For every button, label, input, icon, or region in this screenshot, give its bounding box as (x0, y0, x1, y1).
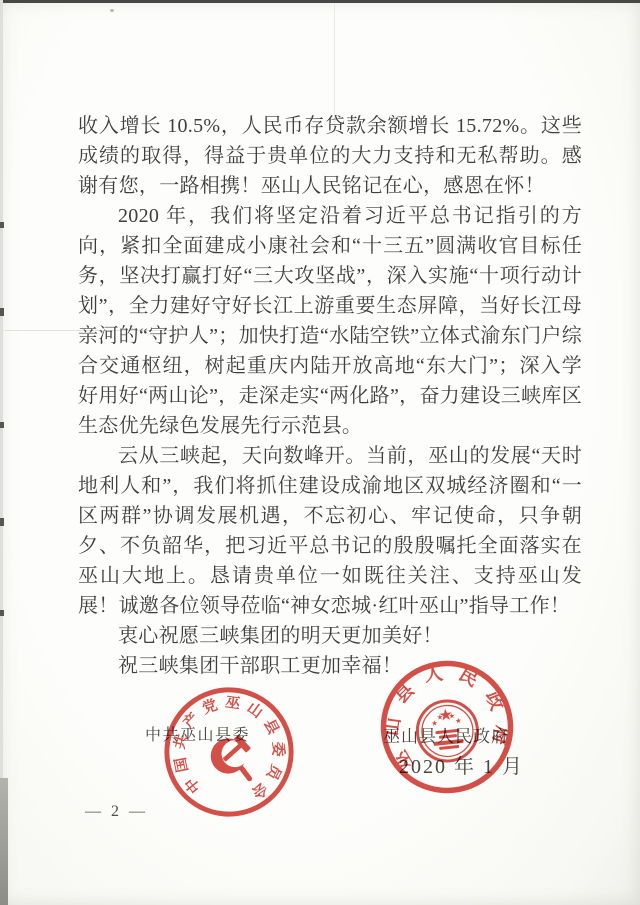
paragraph: 云从三峡起，天向数峰开。当前，巫山的发展“天时地利人和”，我们将抓住建设成渝地区… (78, 441, 582, 621)
scan-speck (110, 9, 114, 12)
scan-mark (0, 422, 4, 428)
letter-body: 收入增长 10.5%，人民币存贷款余额增长 15.72%。这些成绩的取得，得益于… (78, 111, 582, 681)
paragraph: 衷心祝愿三峡集团的明天更加美好！ (78, 621, 582, 651)
government-seal: 巫山县人民政府 (370, 650, 524, 804)
scan-mark (0, 610, 4, 616)
paragraph: 2020 年，我们将坚定沿着习近平总书记指引的方向，紧扣全面建成小康社会和“十三… (78, 201, 582, 441)
scan-mark (0, 308, 4, 316)
scan-edge-top (0, 0, 640, 3)
paragraph: 收入增长 10.5%，人民币存贷款余额增长 15.72%。这些成绩的取得，得益于… (78, 111, 582, 201)
national-emblem-icon (414, 698, 480, 764)
scan-mark (0, 518, 4, 526)
scan-edge-band (0, 778, 8, 905)
scan-edge-left (0, 0, 3, 905)
scan-mark (0, 222, 4, 228)
scanned-letter-page: 收入增长 10.5%，人民币存贷款余额增长 15.72%。这些成绩的取得，得益于… (0, 0, 640, 905)
party-committee-seal: 中国共产党巫山县委员会 (154, 677, 304, 827)
page-number: — 2 — (85, 803, 148, 821)
hammer-sickle-icon (208, 731, 255, 779)
